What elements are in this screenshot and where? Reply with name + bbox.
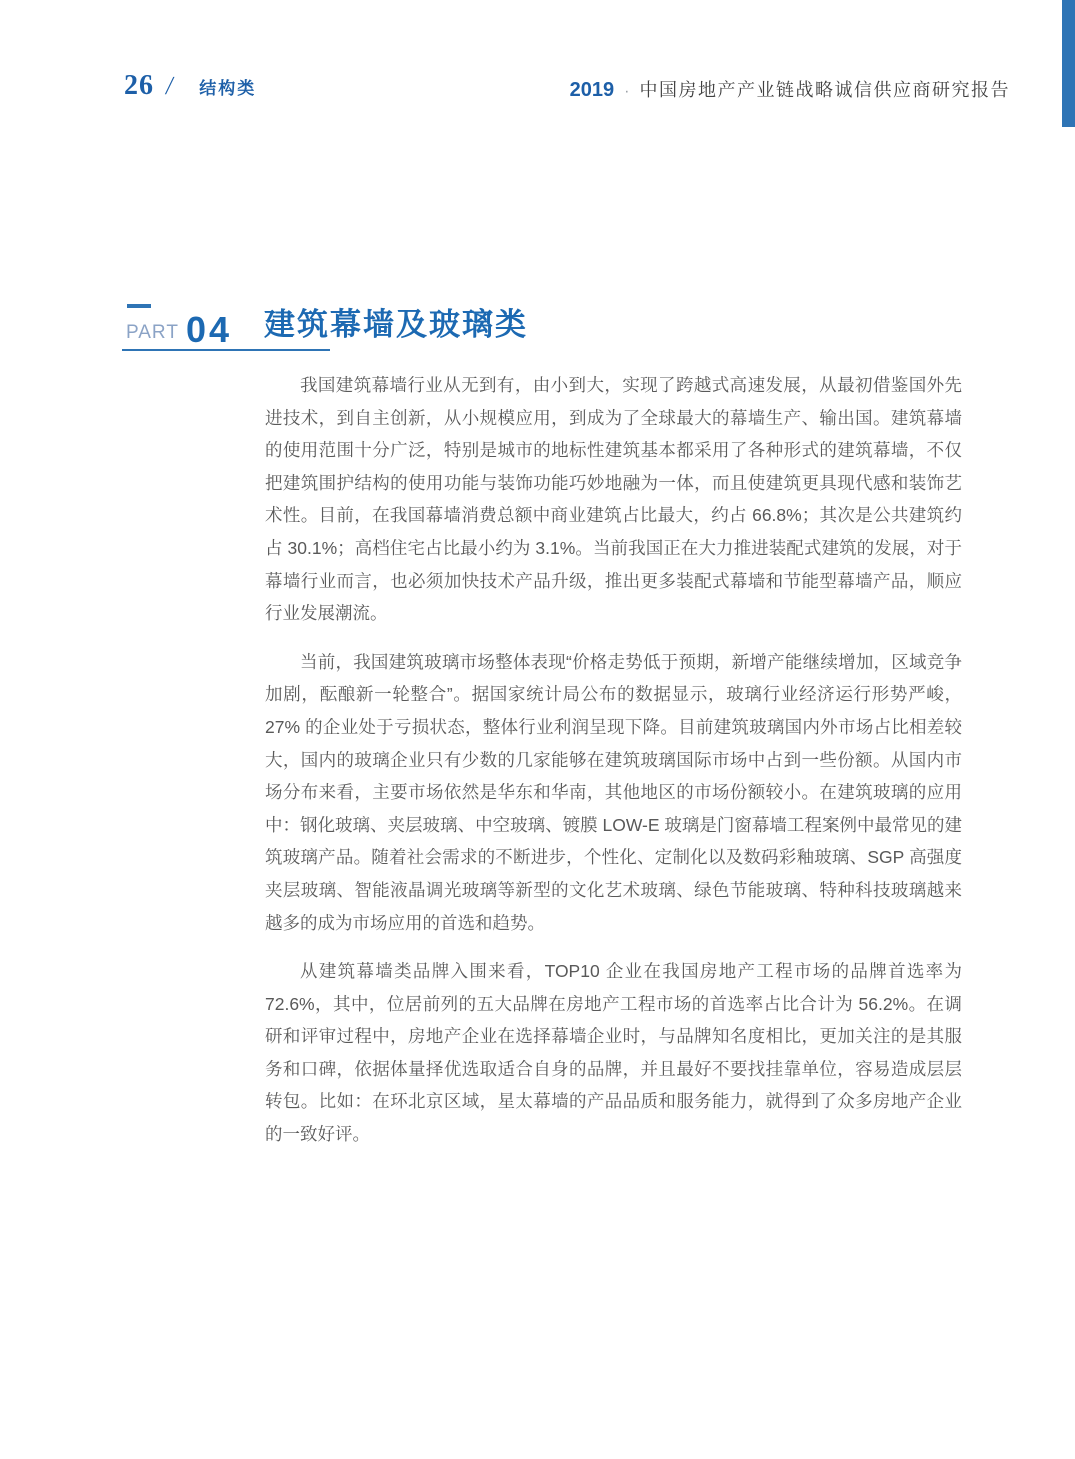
page-number: 26 (124, 70, 154, 102)
page-header-left: 26 / 结构类 (124, 70, 256, 102)
report-page: 26 / 结构类 2019 · 中国房地产产业链战略诚信供应商研究报告 PART… (0, 0, 1075, 1459)
paragraph-3: 从建筑幕墙类品牌入围来看，TOP10 企业在我国房地产工程市场的品牌首选率为 7… (265, 955, 962, 1151)
page-edge-accent-bar (1062, 0, 1075, 127)
part-label: PART (126, 322, 179, 344)
paragraph-2: 当前，我国建筑玻璃市场整体表现“价格走势低于预期，新增产能继续增加，区域竞争加剧… (265, 646, 962, 939)
header-dot-separator: · (624, 83, 629, 101)
paragraph-1: 我国建筑幕墙行业从无到有，由小到大，实现了跨越式高速发展，从最初借鉴国外先进技术… (265, 369, 962, 630)
report-year: 2019 (570, 79, 615, 102)
report-title: 中国房地产产业链战略诚信供应商研究报告 (640, 76, 1011, 102)
body-text: 我国建筑幕墙行业从无到有，由小到大，实现了跨越式高速发展，从最初借鉴国外先进技术… (265, 369, 962, 1167)
header-separator: / (164, 71, 175, 101)
section-name: 结构类 (199, 74, 256, 99)
page-header-right: 2019 · 中国房地产产业链战略诚信供应商研究报告 (570, 76, 1010, 102)
part-dash-decoration (127, 304, 151, 308)
section-title: 建筑幕墙及玻璃类 (264, 299, 528, 344)
part-number: 04 (186, 312, 232, 348)
